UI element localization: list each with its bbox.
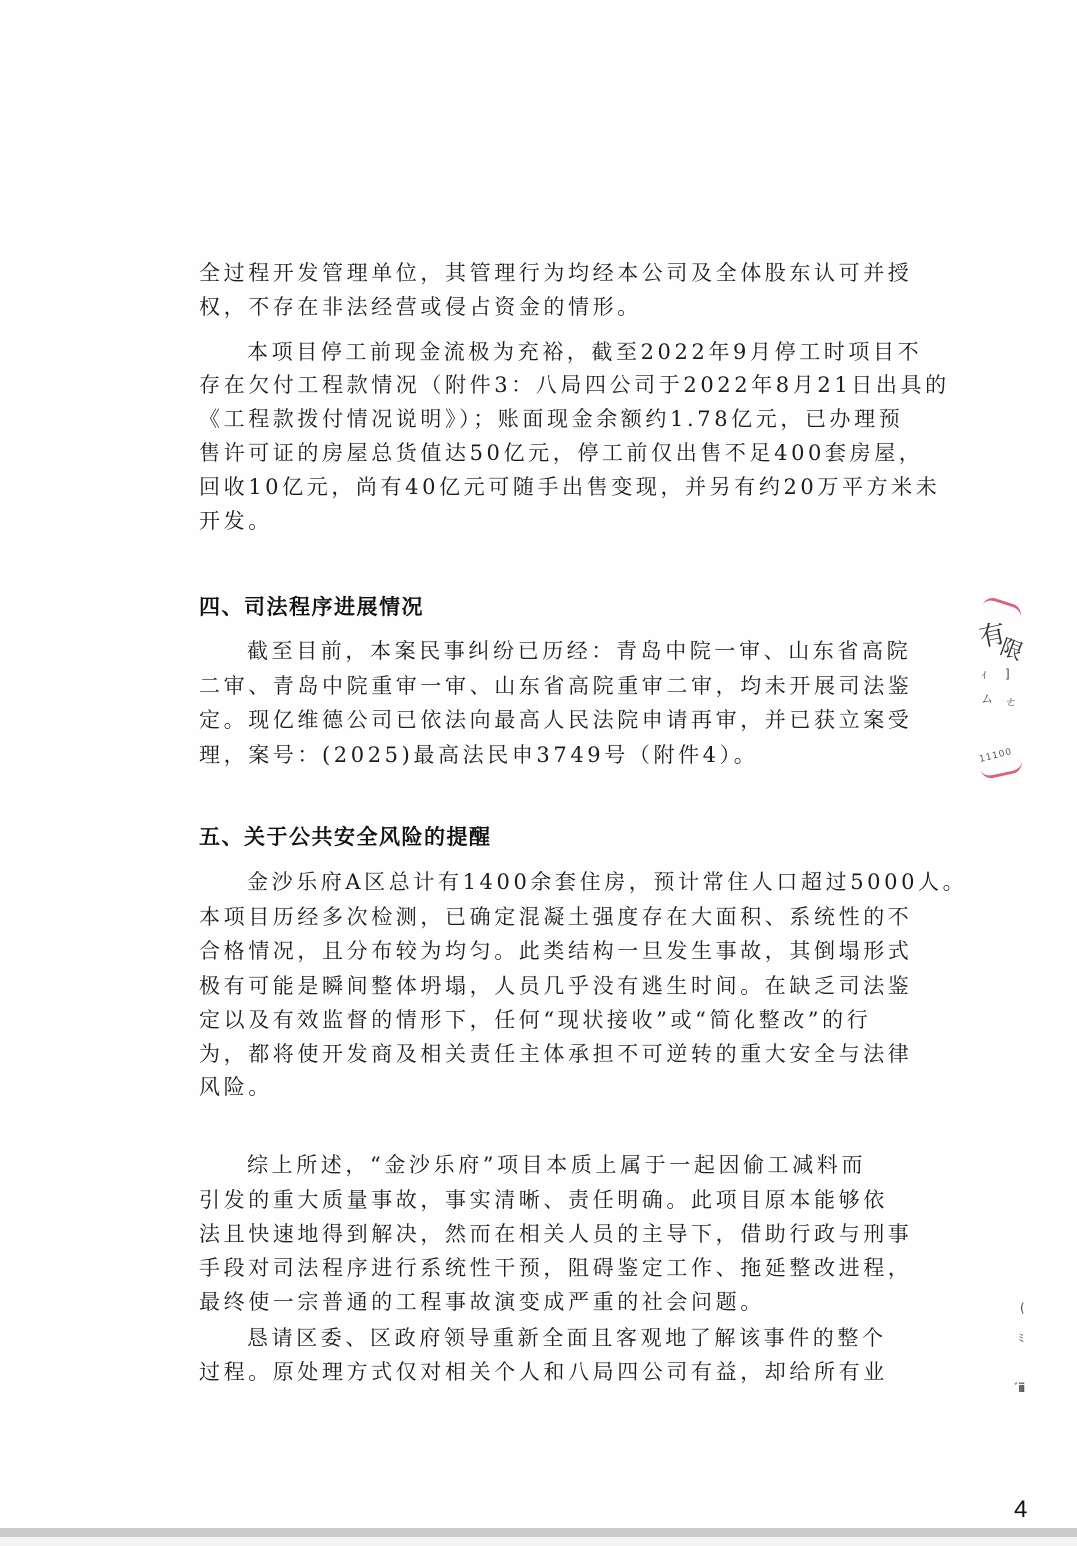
paragraph-line: 合格情况，且分布较为均匀。此类结构一旦发生事故，其倒塌形式 [199,938,889,964]
seal-fragment: ｨ [981,665,987,682]
paragraph-line: 回收10亿元，尚有40亿元可随手出售变现，并另有约20万平方米未 [199,474,889,500]
next-page-edge [0,1537,1077,1546]
paragraph-line: 理，案号：(2025)最高法民申3749号（附件4）。 [199,742,889,768]
paragraph-line: 二审、青岛中院重审一审、山东省高院重审二审，均未开展司法鉴 [199,673,889,699]
paragraph-line: 风险。 [199,1074,889,1100]
page-separator-bar [0,1528,1077,1537]
paragraph-line: 综上所述，“金沙乐府”项目本质上属于一起因偷工减料而 [247,1152,889,1178]
section-heading-judicial-progress: 四、司法程序进展情况 [199,594,424,620]
paragraph-line: 恳请区委、区政府领导重新全面且客观地了解该事件的整个 [247,1325,889,1351]
company-seal-partial: 有 限 ｨ ] ム ㄜ 11100 [975,595,1035,785]
paragraph-line: 《工程款拨付情况说明》）；账面现金余额约1.78亿元，已办理预 [199,406,889,432]
paragraph-line: 存在欠付工程款情况（附件3：八局四公司于2022年8月21日出具的 [199,372,889,398]
paragraph-line: 为，都将使开发商及相关责任主体承担不可逆转的重大安全与法律 [199,1041,889,1067]
paragraph-line: 金沙乐府A区总计有1400余套住房，预计常住人口超过5000人。 [247,869,889,895]
seal-arc-bottom [980,761,1023,780]
document-page: 全过程开发管理单位，其管理行为均经本公司及全体股东认可并授 权，不存在非法经营或… [0,0,1077,1528]
paragraph-line: 过程。原处理方式仅对相关个人和八局四公司有益，却给所有业 [199,1359,889,1385]
paragraph-line: 极有可能是瞬间整体坍塌，人员几乎没有逃生时间。在缺乏司法鉴 [199,973,889,999]
paragraph-line: 法且快速地得到解决，然而在相关人员的主导下，借助行政与刑事 [199,1221,889,1247]
seal-fragment: ム [981,690,993,707]
paragraph-line: 本项目历经多次检测，已确定混凝土强度存在大面积、系统性的不 [199,904,889,930]
paragraph-line: 截至目前，本案民事纠纷已历经：青岛中院一审、山东省高院 [247,638,889,664]
paragraph-line: 引发的重大质量事故，事实清晰、责任明确。此项目原本能够依 [199,1187,889,1213]
seal-fragment: ㄜ [1005,693,1017,710]
seal-number: 11100 [978,747,1013,765]
page-number: 4 [1014,1496,1027,1524]
paragraph-line: 定。现亿维德公司已依法向最高人民法院申请再审，并已获立案受 [199,707,889,733]
seal-fragment: ] [1005,667,1010,681]
paragraph-line: 手段对司法程序进行系统性干预，阻碍鉴定工作、拖延整改进程， [199,1255,889,1281]
paragraph-line: 开发。 [199,508,889,534]
paragraph-line: 售许可证的房屋总货值达50亿元，停工前仅出售不足400套房屋， [199,440,889,466]
paragraph-line: 权，不存在非法经营或侵占资金的情形。 [199,294,889,320]
paragraph-line: 全过程开发管理单位，其管理行为均经本公司及全体股东认可并授 [199,260,889,286]
section-heading-public-safety: 五、关于公共安全风险的提醒 [199,824,492,850]
scan-edge-marks: ( ﾐ ﾞiiii [1012,1295,1042,1405]
paragraph-line: 本项目停工前现金流极为充裕，截至2022年9月停工时项目不 [247,339,889,365]
paragraph-line: 定以及有效监督的情形下，任何“现状接收”或“简化整改”的行 [199,1007,889,1033]
paragraph-line: 最终使一宗普通的工程事故演变成严重的社会问题。 [199,1289,889,1315]
